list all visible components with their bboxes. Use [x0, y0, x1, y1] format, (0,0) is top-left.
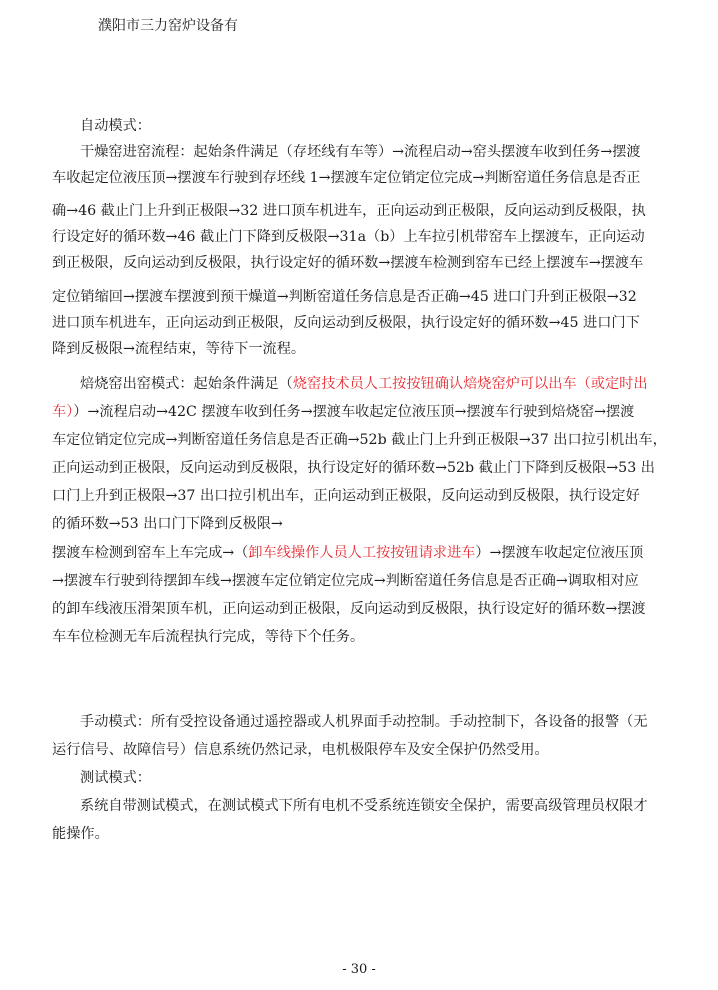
text-segment: 车定位销定位完成→判断窑道任务信息是否正确→52b 截止门上升到正极限→37 出… [52, 432, 667, 448]
highlighted-text: 车） [52, 404, 73, 420]
text-segment: 系统自带测试模式，在测试模式下所有电机不受系统连锁安全保护，需要高级管理员权限才 [80, 798, 648, 814]
text-segment: 确→46 截止门上升到正极限→32 进口顶车机进车，正向运动到正极限，反向运动到… [52, 203, 646, 219]
text-segment: 车收起定位液压顶→摆渡车行驶到存坯线 1→摆渡车定位销定位完成→判断窑道任务信息… [52, 170, 640, 186]
text-segment: 定位销缩回→摆渡车摆渡到预干燥道→判断窑道任务信息是否正确→45 进口门升到正极… [52, 289, 637, 305]
text-line: 车定位销定位完成→判断窑道任务信息是否正确→52b 截止门上升到正极限→37 出… [52, 430, 667, 450]
text-line: 摆渡车检测到窑车上车完成→（卸车线操作人员人工按按钮请求进车）→摆渡车收起定位液… [52, 543, 643, 563]
text-segment: ）→流程启动→42C 摆渡车收到任务→摆渡车收起定位液压顶→摆渡车行驶到焙烧窑→… [73, 404, 634, 420]
text-segment: 口门上升到正极限→37 出口拉引机出车，正向运动到正极限，反向运动到反极限，执行… [52, 488, 640, 504]
text-line: 正向运动到正极限，反向运动到反极限，执行设定好的循环数→52b 截止门下降到反极… [52, 458, 655, 478]
text-line: 测试模式： [80, 768, 151, 788]
text-segment: 的卸车线液压滑架顶车机，正向运动到正极限，反向运动到反极限，执行设定好的循环数→… [52, 601, 646, 617]
text-segment: 行设定好的循环数→46 截止门下降到反极限→31a（b）上车拉引机带窑车上摆渡车… [52, 229, 645, 245]
text-segment: ）→摆渡车收起定位液压顶 [475, 545, 643, 561]
text-line: 能操作。 [52, 824, 109, 844]
text-line: 系统自带测试模式，在测试模式下所有电机不受系统连锁安全保护，需要高级管理员权限才 [80, 796, 648, 816]
text-line: 车收起定位液压顶→摆渡车行驶到存坯线 1→摆渡车定位销定位完成→判断窑道任务信息… [52, 168, 640, 188]
text-line: 降到反极限→流程结束，等待下一流程。 [52, 339, 305, 359]
highlighted-text: 烧窑技术员人工按按钮确认焙烧窑炉可以出车（或定时出 [293, 376, 648, 392]
text-segment: 进口顶车机进车，正向运动到正极限，反向运动到反极限，执行设定好的循环数→45 进… [52, 315, 640, 331]
text-line: 进口顶车机进车，正向运动到正极限，反向运动到反极限，执行设定好的循环数→45 进… [52, 313, 640, 333]
text-segment: →摆渡车行驶到待摆卸车线→摆渡车定位销定位完成→判断窑道任务信息是否正确→调取相… [52, 573, 639, 589]
text-line: 运行信号、故障信号）信息系统仍然记录，电机极限停车及安全保护仍然受用。 [52, 740, 549, 760]
text-segment: 车车位检测无车后流程执行完成，等待下个任务。 [52, 629, 364, 645]
text-segment: 正向运动到正极限，反向运动到反极限，执行设定好的循环数→52b 截止门下降到反极… [52, 460, 655, 476]
text-line: 定位销缩回→摆渡车摆渡到预干燥道→判断窑道任务信息是否正确→45 进口门升到正极… [52, 287, 637, 307]
text-segment: 到正极限，反向运动到反极限，执行设定好的循环数→摆渡车检测到窑车已经上摆渡车→摆… [52, 255, 643, 271]
text-segment: 的循环数→53 出口门下降到反极限→ [52, 516, 283, 532]
text-segment: 焙烧窑出窑模式：起始条件满足（ [80, 376, 293, 392]
text-line: 的循环数→53 出口门下降到反极限→ [52, 514, 283, 534]
text-segment: 运行信号、故障信号）信息系统仍然记录，电机极限停车及安全保护仍然受用。 [52, 742, 549, 758]
text-line: 行设定好的循环数→46 截止门下降到反极限→31a（b）上车拉引机带窑车上摆渡车… [52, 227, 645, 247]
text-line: 车））→流程启动→42C 摆渡车收到任务→摆渡车收起定位液压顶→摆渡车行驶到焙烧… [52, 402, 634, 422]
text-line: 到正极限，反向运动到反极限，执行设定好的循环数→摆渡车检测到窑车已经上摆渡车→摆… [52, 253, 643, 273]
text-segment: 测试模式： [80, 770, 151, 786]
text-segment: 干燥窑进窑流程：起始条件满足（存坯线有车等）→流程启动→窑头摆渡车收到任务→摆渡 [80, 144, 641, 160]
text-line: 干燥窑进窑流程：起始条件满足（存坯线有车等）→流程启动→窑头摆渡车收到任务→摆渡 [80, 142, 641, 162]
text-line: →摆渡车行驶到待摆卸车线→摆渡车定位销定位完成→判断窑道任务信息是否正确→调取相… [52, 571, 639, 591]
text-segment: 自动模式： [80, 118, 151, 134]
text-line: 车车位检测无车后流程执行完成，等待下个任务。 [52, 627, 364, 647]
text-segment: 能操作。 [52, 826, 109, 842]
text-line: 焙烧窑出窑模式：起始条件满足（烧窑技术员人工按按钮确认焙烧窑炉可以出车（或定时出 [80, 374, 648, 394]
text-segment: 降到反极限→流程结束，等待下一流程。 [52, 341, 305, 357]
page-header-company: 濮阳市三力窑炉设备有 [98, 15, 238, 35]
text-segment: 手动模式：所有受控设备通过遥控器或人机界面手动控制。手动控制下，各设备的报警（无 [80, 714, 648, 730]
text-line: 自动模式： [80, 116, 151, 136]
highlighted-text: 卸车线操作人员人工按按钮请求进车 [248, 545, 475, 561]
text-line: 口门上升到正极限→37 出口拉引机出车，正向运动到正极限，反向运动到反极限，执行… [52, 486, 640, 506]
text-segment: 摆渡车检测到窑车上车完成→（ [52, 545, 248, 561]
text-line: 确→46 截止门上升到正极限→32 进口顶车机进车，正向运动到正极限，反向运动到… [52, 201, 646, 221]
page-number: - 30 - [0, 962, 718, 977]
text-line: 手动模式：所有受控设备通过遥控器或人机界面手动控制。手动控制下，各设备的报警（无 [80, 712, 648, 732]
text-line: 的卸车线液压滑架顶车机，正向运动到正极限，反向运动到反极限，执行设定好的循环数→… [52, 599, 646, 619]
